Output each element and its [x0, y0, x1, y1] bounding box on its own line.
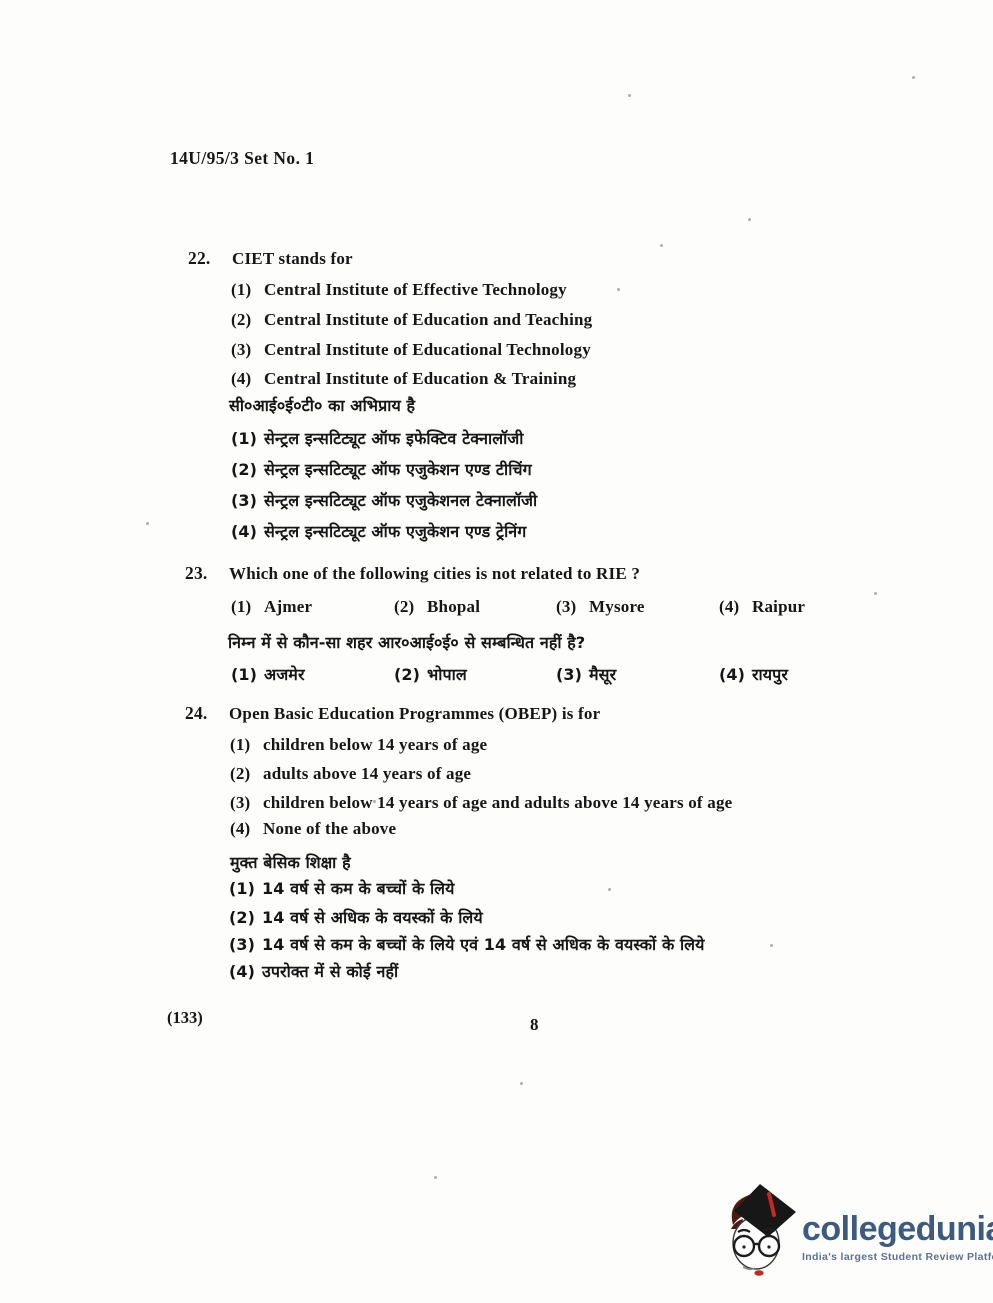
q22-option-4-hi-num: (4) — [231, 522, 264, 541]
q22-option-3-hi-num: (3) — [231, 491, 264, 510]
q24-option-1-text: children below 14 years of age — [263, 735, 487, 754]
q22-option-4-en: (4)Central Institute of Education & Trai… — [231, 369, 576, 389]
q24-option-3-hi-text: 14 वर्ष से कम के बच्चों के लिये एवं 14 व… — [262, 935, 704, 954]
q23-option-1-hi: (1)अजमेर — [231, 663, 305, 685]
q22-option-3-hi: (3)सेन्ट्रल इन्सटिट्यूट ऑफ एजुकेशनल टेक्… — [231, 489, 537, 511]
question-22-text-hi: सी०आई०ई०टी० का अभिप्राय है — [229, 394, 415, 416]
question-23-heading: 23.Which one of the following cities is … — [185, 563, 640, 584]
q23-option-1-text: Ajmer — [264, 597, 312, 616]
page-number: 8 — [530, 1015, 539, 1035]
brand-tagline: India's largest Student Review Platform — [802, 1251, 993, 1263]
q22-option-4-hi: (4)सेन्ट्रल इन्सटिट्यूट ऑफ एजुकेशन एण्ड … — [231, 520, 526, 542]
question-24-text-en: Open Basic Education Programmes (OBEP) i… — [229, 704, 600, 723]
collegedunia-logo: collegedunia com India's largest Student… — [724, 1182, 986, 1278]
q23-option-2-text: Bhopal — [427, 597, 480, 616]
q22-option-1-text: Central Institute of Effective Technolog… — [264, 280, 567, 299]
scan-speck — [660, 244, 663, 247]
q22-option-4-num: (4) — [231, 369, 264, 389]
q23-option-3-text: Mysore — [589, 597, 645, 616]
q22-option-1-num: (1) — [231, 280, 264, 300]
question-22-heading: 22.CIET stands for — [188, 248, 353, 269]
q23-option-4-num: (4) — [719, 597, 752, 617]
q23-option-4-en: (4)Raipur — [719, 597, 805, 617]
q24-option-1-hi-text: 14 वर्ष से कम के बच्चों के लिये — [262, 879, 455, 898]
q23-option-3-num: (3) — [556, 597, 589, 617]
scan-speck — [912, 76, 915, 79]
question-24-heading: 24.Open Basic Education Programmes (OBEP… — [185, 703, 600, 724]
scan-speck — [434, 1176, 437, 1179]
q22-option-1-hi: (1)सेन्ट्रल इन्सटिट्यूट ऑफ इफेक्टिव टेक्… — [231, 427, 523, 449]
q23-option-2-hi: (2)भोपाल — [394, 663, 467, 685]
question-24-number: 24. — [185, 703, 229, 724]
q23-option-2-en: (2)Bhopal — [394, 597, 480, 617]
q23-option-4-hi-num: (4) — [719, 665, 752, 684]
question-22-number: 22. — [188, 248, 232, 269]
q24-option-1-en: (1)children below 14 years of age — [230, 735, 487, 755]
q23-option-1-en: (1)Ajmer — [231, 597, 312, 617]
q24-option-4-hi: (4)उपरोक्त में से कोई नहीं — [229, 960, 398, 982]
q24-option-2-num: (2) — [230, 764, 263, 784]
q24-option-4-hi-text: उपरोक्त में से कोई नहीं — [262, 962, 398, 981]
scan-speck — [874, 592, 877, 595]
q24-option-2-hi-text: 14 वर्ष से अधिक के वयस्कों के लिये — [262, 908, 483, 927]
question-24-text-hi: मुक्त बेसिक शिक्षा है — [230, 851, 351, 873]
q22-option-4-text: Central Institute of Education & Trainin… — [264, 369, 576, 388]
scan-speck — [520, 1082, 523, 1085]
q22-option-2-hi: (2)सेन्ट्रल इन्सटिट्यूट ऑफ एजुकेशन एण्ड … — [231, 458, 532, 480]
scan-speck — [628, 94, 631, 97]
brand-wordmark: collegedunia — [802, 1212, 993, 1246]
q24-option-2-hi-num: (2) — [229, 908, 262, 927]
q23-option-4-hi-text: रायपुर — [752, 665, 788, 684]
q22-option-2-text: Central Institute of Education and Teach… — [264, 310, 592, 329]
q24-option-4-en: (4)None of the above — [230, 819, 396, 839]
q22-option-3-text: Central Institute of Educational Technol… — [264, 340, 591, 359]
q24-option-1-hi: (1)14 वर्ष से कम के बच्चों के लिये — [229, 877, 455, 899]
q23-option-4-text: Raipur — [752, 597, 805, 616]
q24-option-3-en: (3)children below 14 years of age and ad… — [230, 793, 732, 813]
q24-option-2-hi: (2)14 वर्ष से अधिक के वयस्कों के लिये — [229, 906, 483, 928]
booklet-series: (133) — [167, 1008, 203, 1028]
q24-option-2-text: adults above 14 years of age — [263, 764, 471, 783]
q22-option-3-en: (3)Central Institute of Educational Tech… — [231, 340, 591, 360]
q24-option-3-hi-num: (3) — [229, 935, 262, 954]
q24-option-2-en: (2)adults above 14 years of age — [230, 764, 471, 784]
question-22-text-en: CIET stands for — [232, 249, 353, 268]
q23-option-1-num: (1) — [231, 597, 264, 617]
question-23-number: 23. — [185, 563, 229, 584]
q23-option-2-num: (2) — [394, 597, 427, 617]
q24-option-3-text: children below 14 years of age and adult… — [263, 793, 732, 812]
q24-option-3-hi: (3)14 वर्ष से कम के बच्चों के लिये एवं 1… — [229, 933, 704, 955]
scan-speck — [748, 218, 751, 221]
question-23-text-hi: निम्न में से कौन-सा शहर आर०आई०ई० से सम्ब… — [228, 631, 585, 653]
q22-option-2-en: (2)Central Institute of Education and Te… — [231, 310, 592, 330]
q23-option-1-hi-num: (1) — [231, 665, 264, 684]
scan-speck — [770, 944, 773, 947]
q22-option-2-hi-num: (2) — [231, 460, 264, 479]
q22-option-1-hi-text: सेन्ट्रल इन्सटिट्यूट ऑफ इफेक्टिव टेक्नाल… — [264, 429, 523, 448]
question-23-text-en: Which one of the following cities is not… — [229, 564, 640, 583]
scanned-exam-page: 14U/95/3 Set No. 1 22.CIET stands for (1… — [0, 0, 993, 1303]
q22-option-1-en: (1)Central Institute of Effective Techno… — [231, 280, 567, 300]
q22-option-3-num: (3) — [231, 340, 264, 360]
logo-text-block: collegedunia com India's largest Student… — [802, 1198, 993, 1263]
q23-option-1-hi-text: अजमेर — [264, 665, 305, 684]
q24-option-4-hi-num: (4) — [229, 962, 262, 981]
q22-option-3-hi-text: सेन्ट्रल इन्सटिट्यूट ऑफ एजुकेशनल टेक्नाल… — [264, 491, 537, 510]
q23-option-3-hi: (3)मैसूर — [556, 663, 616, 685]
q23-option-3-en: (3)Mysore — [556, 597, 645, 617]
q22-option-2-num: (2) — [231, 310, 264, 330]
q22-option-4-hi-text: सेन्ट्रल इन्सटिट्यूट ऑफ एजुकेशन एण्ड ट्र… — [264, 522, 526, 541]
paper-code: 14U/95/3 Set No. 1 — [170, 148, 314, 169]
collegedunia-mascot-icon — [724, 1183, 798, 1277]
q23-option-2-hi-num: (2) — [394, 665, 427, 684]
q24-option-1-hi-num: (1) — [229, 879, 262, 898]
q24-option-3-num: (3) — [230, 793, 263, 813]
q23-option-3-hi-num: (3) — [556, 665, 589, 684]
scan-speck — [146, 522, 149, 525]
q23-option-2-hi-text: भोपाल — [427, 665, 467, 684]
scan-speck — [608, 888, 611, 891]
scan-speck — [373, 800, 376, 803]
q24-option-4-text: None of the above — [263, 819, 396, 838]
q24-option-1-num: (1) — [230, 735, 263, 755]
q22-option-1-hi-num: (1) — [231, 429, 264, 448]
q22-option-2-hi-text: सेन्ट्रल इन्सटिट्यूट ऑफ एजुकेशन एण्ड टीच… — [264, 460, 532, 479]
q23-option-3-hi-text: मैसूर — [589, 665, 616, 684]
scan-speck — [617, 288, 620, 291]
q23-option-4-hi: (4)रायपुर — [719, 663, 788, 685]
q24-option-4-num: (4) — [230, 819, 263, 839]
